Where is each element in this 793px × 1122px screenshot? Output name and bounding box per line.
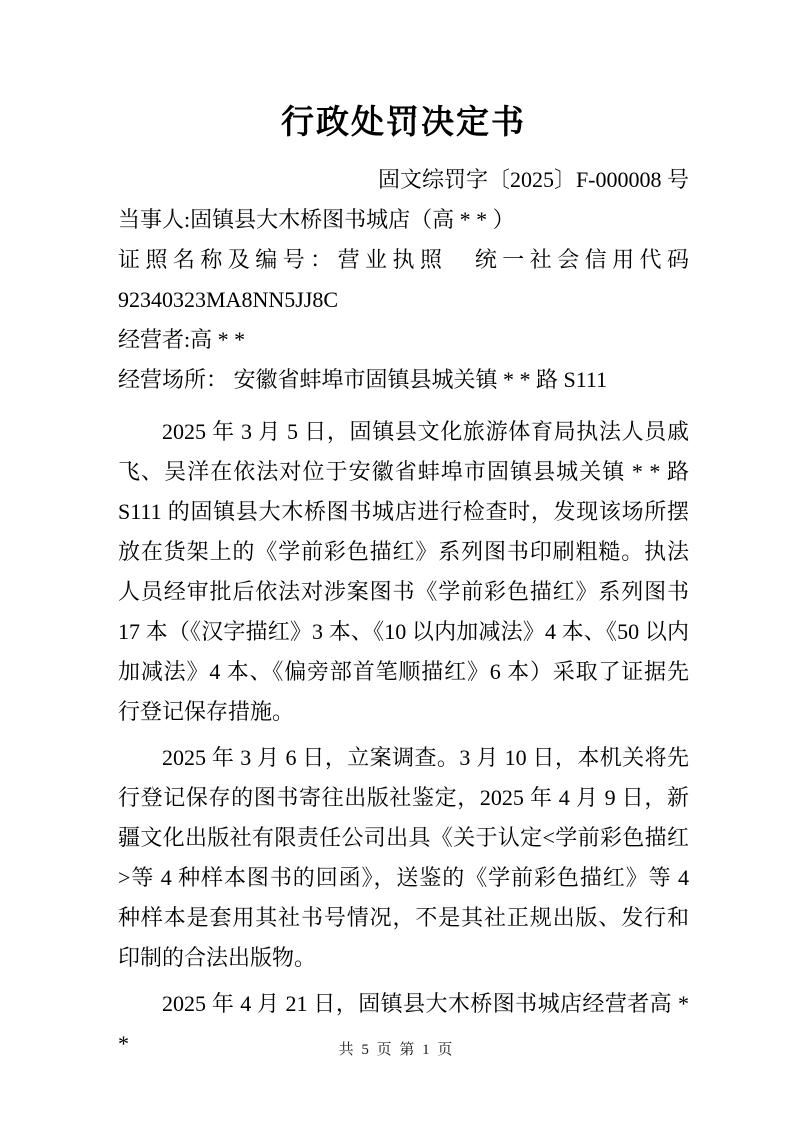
license-name-number-line: 证照名称及编号：营业执照 统一社会信用代码 — [118, 240, 689, 280]
party-line: 当事人:固镇县大木桥图书城店（高 * * ） — [118, 200, 689, 240]
penalty-decision-page: 行政处罚决定书 固文综罚字〔2025〕F-000008 号 当事人:固镇县大木桥… — [0, 0, 793, 1122]
paragraph-inspection-findings: 2025 年 3 月 5 日，固镇县文化旅游体育局执法人员戚飞、吴洋在依法对位于… — [118, 412, 689, 732]
page-number-footer: 共 5 页 第 1 页 — [0, 1038, 793, 1059]
credit-code-line: 92340323MA8NN5JJ8C — [118, 280, 689, 320]
premises-line: 经营场所： 安徽省蚌埠市固镇县城关镇 * * 路 S111 — [118, 360, 689, 400]
operator-line: 经营者:高 * * — [118, 320, 689, 360]
paragraph-investigation-appraisal: 2025 年 3 月 6 日，立案调查。3 月 10 日，本机关将先行登记保存的… — [118, 738, 689, 978]
document-number: 固文综罚字〔2025〕F-000008 号 — [118, 160, 689, 200]
document-title: 行政处罚决定书 — [118, 102, 689, 144]
